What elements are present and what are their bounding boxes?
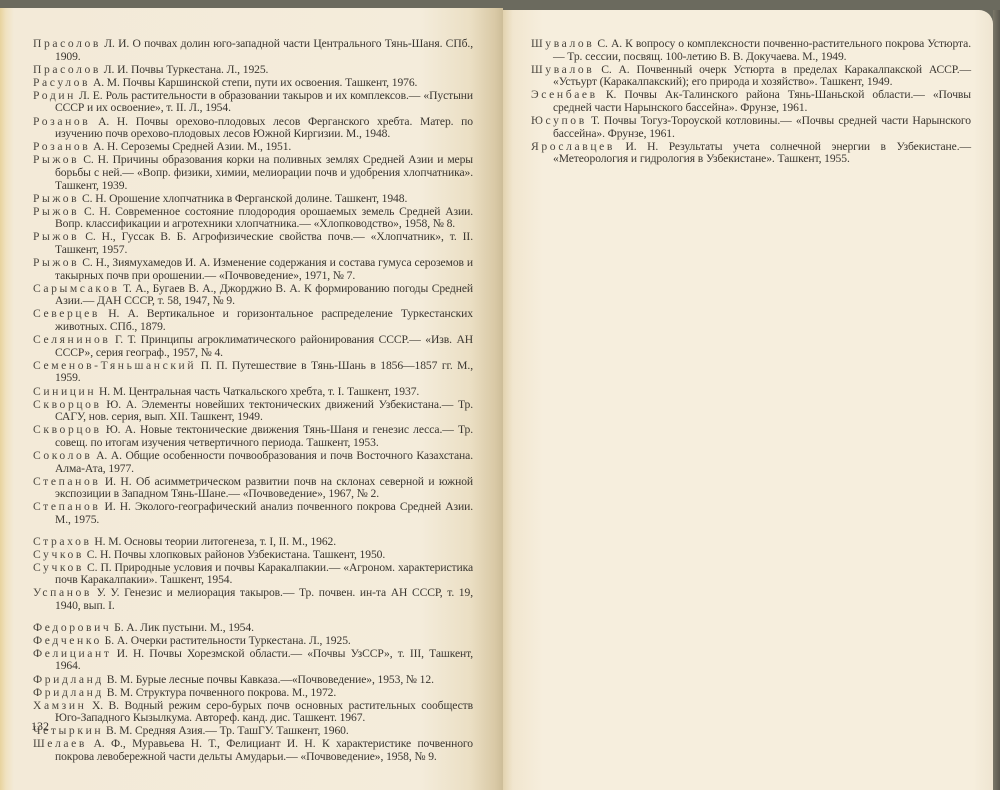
right-bibliography-list: Шувалов С. А. К вопросу о комплексности … — [531, 38, 971, 166]
entry-author: Рыжов — [33, 153, 79, 166]
book-spread: Прасолов Л. И. О почвах долин юго-западн… — [0, 0, 1000, 790]
entry-citation: Л. Е. Роль растительности в образовании … — [55, 89, 473, 115]
bibliography-entry: Селянинов Г. Т. Принципы агроклиматическ… — [33, 334, 473, 359]
entry-author: Расулов — [33, 76, 90, 89]
bibliography-entry: Северцев Н. А. Вертикальное и горизонтал… — [33, 308, 473, 333]
bibliography-entry: Сучков С. П. Природные условия и почвы К… — [33, 562, 473, 587]
bibliography-entry: Хамзин Х. В. Водный режим серо-бурых поч… — [33, 700, 473, 725]
entry-author: Скворцов — [33, 423, 102, 436]
entry-citation: Н. М. Основы теории литогенеза, т. I, II… — [92, 535, 337, 548]
entry-author: Прасолов — [33, 63, 101, 76]
entry-author: Федченко — [33, 634, 102, 647]
entry-author: Федорович — [33, 621, 111, 634]
entry-citation: Ю. А. Новые тектонические движения Тянь-… — [55, 423, 473, 449]
entry-citation: Л. И. Почвы Туркестана. Л., 1925. — [101, 63, 268, 76]
entry-citation: Б. А. Лик пустыни. М., 1954. — [111, 621, 254, 634]
bibliography-entry: Семенов-Тяньшанский П. П. Путешествие в … — [33, 360, 473, 385]
entry-author: Родин — [33, 89, 76, 102]
bibliography-entry: Шелаев А. Ф., Муравьева Н. Т., Фелициант… — [33, 738, 473, 763]
entry-author: Рыжов — [33, 230, 79, 243]
entry-citation: В. М. Средняя Азия.— Тр. ТашГУ. Ташкент,… — [103, 724, 348, 737]
entry-author: Селянинов — [33, 333, 110, 346]
entry-citation: С. П. Природные условия и почвы Каракалп… — [55, 561, 473, 587]
bibliography-entry: Соколов А. А. Общие особенности почвообр… — [33, 450, 473, 475]
bibliography-entry: Рыжов С. Н. Причины образования корки на… — [33, 154, 473, 192]
entry-author: Хамзин — [33, 699, 86, 712]
bibliography-entry: Степанов И. Н. Эколого-географический ан… — [33, 501, 473, 526]
bibliography-entry: Шувалов С. А. Почвенный очерк Устюрта в … — [531, 64, 971, 89]
bibliography-entry: Рыжов С. Н., Зиямухамедов И. А. Изменени… — [33, 257, 473, 282]
entry-author: Рыжов — [33, 256, 79, 269]
entry-author: Сарымсаков — [33, 282, 120, 295]
entry-author: Шувалов — [531, 63, 594, 76]
bibliography-entry: Фелициант И. Н. Почвы Хорезмской области… — [33, 648, 473, 673]
entry-citation: С. Н. Почвы хлопковых районов Узбекистан… — [84, 548, 385, 561]
bibliography-entry: Федорович Б. А. Лик пустыни. М., 1954. — [33, 622, 473, 635]
entry-author: Степанов — [33, 475, 100, 488]
entry-citation: С. А. Почвенный очерк Устюрта в пределах… — [553, 63, 971, 89]
bibliography-entry: Розанов А. Н. Сероземы Средней Азии. М.,… — [33, 141, 473, 154]
entry-citation: В. М. Структура почвенного покрова. М., … — [104, 686, 336, 699]
entry-citation: С. Н., Зиямухамедов И. А. Изменение соде… — [55, 256, 473, 282]
entry-author: Рыжов — [33, 192, 79, 205]
bibliography-entry: Прасолов Л. И. О почвах долин юго-западн… — [33, 38, 473, 63]
bibliography-entry: Шувалов С. А. К вопросу о комплексности … — [531, 38, 971, 63]
entry-citation: А. Н. Почвы орехово-плодовых лесов Ферга… — [55, 115, 473, 141]
entry-citation: В. М. Бурые лесные почвы Кавказа.—«Почво… — [104, 673, 434, 686]
entry-citation: С. Н., Гуссак В. Б. Агрофизические свойс… — [55, 230, 473, 256]
entry-author: Северцев — [33, 307, 100, 320]
entry-citation: С. А. К вопросу о комплексности почвенно… — [553, 37, 971, 63]
bibliography-entry: Страхов Н. М. Основы теории литогенеза, … — [33, 536, 473, 549]
bibliography-entry: Сарымсаков Т. А., Бугаев В. А., Джорджио… — [33, 283, 473, 308]
entry-author: Шувалов — [531, 37, 594, 50]
entry-citation: У. У. Генезис и мелиорация такыров.— Тр.… — [55, 586, 473, 612]
entry-author: Юсупов — [531, 114, 587, 127]
entry-author: Фридланд — [33, 673, 104, 686]
entry-author: Прасолов — [33, 37, 101, 50]
bibliography-entry: Скворцов Ю. А. Новые тектонические движе… — [33, 424, 473, 449]
bibliography-entry: Успанов У. У. Генезис и мелиорация такыр… — [33, 587, 473, 612]
entry-author: Розанов — [33, 140, 90, 153]
entry-author: Шелаев — [33, 737, 87, 750]
bibliography-entry: Рыжов С. Н. Современное состояние плодор… — [33, 206, 473, 231]
entry-citation: К. Почвы Ак-Талинского района Тянь-Шаньс… — [553, 88, 971, 114]
entry-citation: Ю. А. Элементы новейших тектонических дв… — [55, 398, 473, 424]
entry-author: Рыжов — [33, 205, 79, 218]
bibliography-entry: Степанов И. Н. Об асимметрическом развит… — [33, 476, 473, 501]
bibliography-entry: Рыжов С. Н. Орошение хлопчатника в Ферга… — [33, 193, 473, 206]
entry-citation: И. Н. Результаты учета солнечной энергии… — [553, 140, 971, 166]
entry-citation: И. Н. Эколого-географический анализ почв… — [55, 500, 473, 526]
entry-citation: Л. И. О почвах долин юго-западной части … — [55, 37, 473, 63]
bibliography-entry: Рыжов С. Н., Гуссак В. Б. Агрофизические… — [33, 231, 473, 256]
entry-citation: Н. М. Центральная часть Чаткальского хре… — [96, 385, 419, 398]
entry-citation: Х. В. Водный режим серо-бурых почв основ… — [55, 699, 473, 725]
entry-citation: А. М. Почвы Каршинской степи, пути их ос… — [90, 76, 417, 89]
entry-author: Семенов-Тяньшанский — [33, 359, 196, 372]
entry-citation: И. Н. Почвы Хорезмской области.— «Почвы … — [55, 647, 473, 673]
entry-author: Скворцов — [33, 398, 102, 411]
bibliography-entry: Расулов А. М. Почвы Каршинской степи, пу… — [33, 77, 473, 90]
entry-author: Ярославцев — [531, 140, 615, 153]
entry-citation: Б. А. Очерки растительности Туркестана. … — [102, 634, 351, 647]
entry-citation: Г. Т. Принципы агроклиматического райони… — [55, 333, 473, 359]
bibliography-entry: Юсупов Т. Почвы Тогуз-Тороуской котловин… — [531, 115, 971, 140]
bibliography-entry: Скворцов Ю. А. Элементы новейших тектони… — [33, 399, 473, 424]
entry-author: Сучков — [33, 561, 84, 574]
entry-author: Фридланд — [33, 686, 104, 699]
entry-author: Эсенбаев — [531, 88, 598, 101]
bibliography-entry: Фридланд В. М. Структура почвенного покр… — [33, 687, 473, 700]
bibliography-entry: Фридланд В. М. Бурые лесные почвы Кавказ… — [33, 674, 473, 687]
entry-author: Соколов — [33, 449, 92, 462]
entry-author: Синицин — [33, 385, 96, 398]
entry-citation: С. Н. Орошение хлопчатника в Ферганской … — [79, 192, 407, 205]
entry-citation: С. Н. Причины образования корки на полив… — [55, 153, 473, 191]
bibliography-entry: Четыркин В. М. Средняя Азия.— Тр. ТашГУ.… — [33, 725, 473, 738]
entry-citation: А. Ф., Муравьева Н. Т., Фелициант И. Н. … — [55, 737, 473, 763]
entry-author: Страхов — [33, 535, 92, 548]
entry-citation: А. Н. Сероземы Средней Азии. М., 1951. — [90, 140, 291, 153]
entry-author: Розанов — [33, 115, 90, 128]
entry-citation: Т. Почвы Тогуз-Тороуской котловины.— «По… — [553, 114, 971, 140]
bibliography-entry: Ярославцев И. Н. Результаты учета солнеч… — [531, 141, 971, 166]
entry-author: Успанов — [33, 586, 92, 599]
bibliography-entry: Эсенбаев К. Почвы Ак-Талинского района Т… — [531, 89, 971, 114]
page-number: 132 — [31, 719, 49, 734]
bibliography-entry: Сучков С. Н. Почвы хлопковых районов Узб… — [33, 549, 473, 562]
bibliography-entry: Розанов А. Н. Почвы орехово-плодовых лес… — [33, 116, 473, 141]
entry-citation: И. Н. Об асимметрическом развитии почв н… — [55, 475, 473, 501]
entry-author: Степанов — [33, 500, 100, 513]
bibliography-entry: Родин Л. Е. Роль растительности в образо… — [33, 90, 473, 115]
entry-citation: А. А. Общие особенности почвообразования… — [55, 449, 473, 475]
book-edge — [993, 10, 1000, 790]
entry-citation: Н. А. Вертикальное и горизонтальное расп… — [55, 307, 473, 333]
entry-author: Фелициант — [33, 647, 112, 660]
bibliography-entry: Синицин Н. М. Центральная часть Чаткальс… — [33, 386, 473, 399]
bibliography-entry: Федченко Б. А. Очерки растительности Тур… — [33, 635, 473, 648]
bibliography-entry: Прасолов Л. И. Почвы Туркестана. Л., 192… — [33, 64, 473, 77]
entry-citation: С. Н. Современное состояние плодородия о… — [55, 205, 473, 231]
left-bibliography-list: Прасолов Л. И. О почвах долин юго-западн… — [33, 38, 473, 764]
entry-author: Сучков — [33, 548, 84, 561]
